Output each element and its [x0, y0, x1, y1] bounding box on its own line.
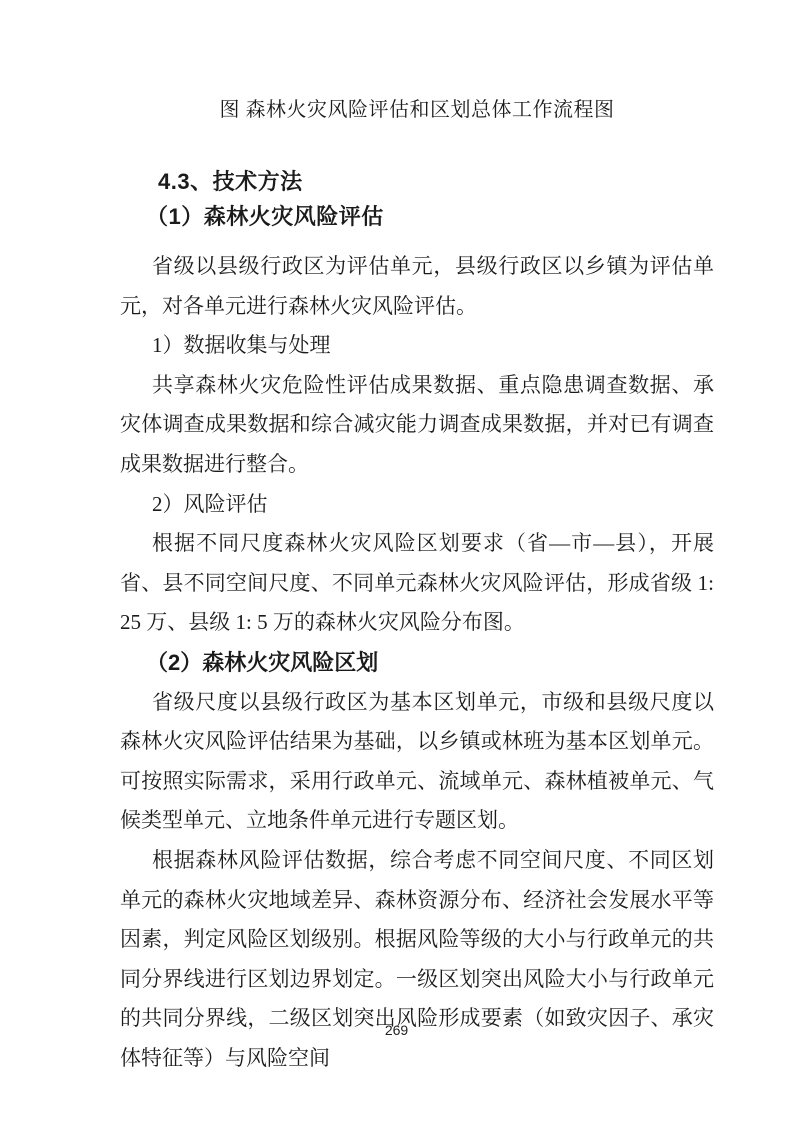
subsection-1-heading: （1）森林火灾风险评估 — [120, 202, 714, 232]
risk-assessment-paragraph: 根据不同尺度森林火灾风险区划要求（省—市—县），开展省、县不同空间尺度、不同单元… — [120, 524, 714, 643]
data-collection-paragraph: 共享森林火灾危险性评估成果数据、重点隐患调查数据、承灾体调查成果数据和综合减灾能… — [120, 366, 714, 485]
figure-caption: 图 森林火灾风险评估和区划总体工作流程图 — [120, 97, 714, 123]
body-text: 省级以县级行政区为评估单元，县级行政区以乡镇为评估单元，对各单元进行森林火灾风险… — [120, 247, 714, 1078]
numbered-item-1-label: 1）数据收集与处理 — [120, 326, 714, 366]
zoning-paragraph-1: 省级尺度以县级行政区为基本区划单元，市级和县级尺度以森林火灾风险评估结果为基础，… — [120, 683, 714, 841]
zoning-paragraph-2: 根据森林风险评估数据，综合考虑不同空间尺度、不同区划单元的森林火灾地域差异、森林… — [120, 841, 714, 1079]
numbered-item-2-label: 2）风险评估 — [120, 485, 714, 525]
subsection-2-heading: （2）森林火灾风险区划 — [120, 643, 714, 683]
section-heading: 4.3、技术方法 — [120, 167, 714, 197]
page-number: 269 — [0, 1022, 793, 1038]
document-page: 图 森林火灾风险评估和区划总体工作流程图 4.3、技术方法 （1）森林火灾风险评… — [0, 0, 793, 1122]
subsection-1-intro-paragraph: 省级以县级行政区为评估单元，县级行政区以乡镇为评估单元，对各单元进行森林火灾风险… — [120, 247, 714, 326]
page-content: 图 森林火灾风险评估和区划总体工作流程图 4.3、技术方法 （1）森林火灾风险评… — [120, 0, 714, 1078]
